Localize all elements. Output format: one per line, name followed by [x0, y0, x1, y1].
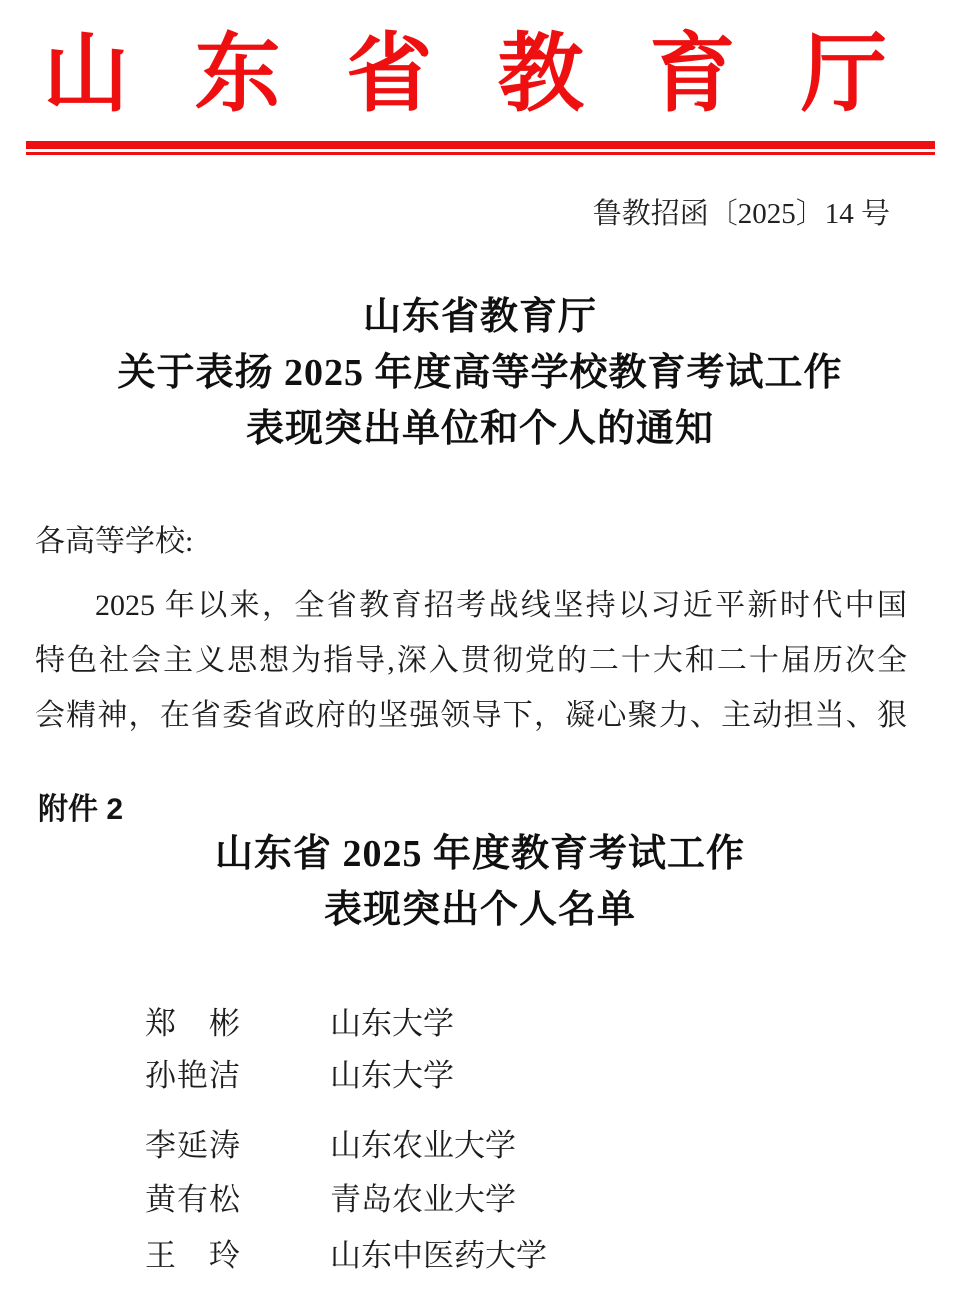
person-name: 郑彬	[145, 1007, 240, 1041]
body-paragraph-line1: 2025 年以来，全省教育招考战线坚持以习近平新时代中国	[35, 578, 907, 633]
roster-row: 孙艳洁 山东大学	[145, 1059, 547, 1093]
person-org: 山东大学	[330, 1007, 454, 1041]
attachment-title: 山东省 2025 年度教育考试工作 表现突出个人名单	[0, 826, 960, 938]
letterhead-title: 山东省教育厅	[43, 26, 887, 122]
notice-title-line3: 表现突出单位和个人的通知	[0, 401, 960, 457]
person-org: 山东中医药大学	[330, 1239, 547, 1273]
person-name: 王玲	[145, 1239, 240, 1273]
salutation: 各高等学校:	[35, 524, 193, 560]
person-name: 黄有松	[145, 1183, 240, 1217]
notice-title-line2: 关于表扬 2025 年度高等学校教育考试工作	[0, 345, 960, 401]
body-paragraph-line2: 特色社会主义思想为指导,深入贯彻党的二十大和二十届历次全	[35, 633, 907, 688]
roster-row: 郑彬 山东大学	[145, 1007, 547, 1041]
person-name: 李延涛	[145, 1129, 240, 1163]
person-org: 青岛农业大学	[330, 1183, 516, 1217]
roster: 郑彬 山东大学 孙艳洁 山东大学 李延涛 山东农业大学 黄有松 青岛农业大学 王…	[145, 1007, 547, 1273]
attachment-label: 附件 2	[38, 784, 123, 828]
roster-row: 黄有松 青岛农业大学	[145, 1183, 547, 1217]
body-paragraph-line3: 会精神，在省委省政府的坚强领导下，凝心聚力、主动担当、狠	[35, 688, 907, 743]
roster-row: 李延涛 山东农业大学	[145, 1129, 547, 1163]
letterhead-rule-thin	[26, 152, 935, 155]
person-org: 山东大学	[330, 1059, 454, 1093]
notice-title: 山东省教育厅 关于表扬 2025 年度高等学校教育考试工作 表现突出单位和个人的…	[0, 289, 960, 457]
document-number: 鲁教招函〔2025〕14 号	[0, 196, 890, 232]
person-name: 孙艳洁	[145, 1059, 240, 1093]
attachment-title-line2: 表现突出个人名单	[0, 882, 960, 938]
body-paragraph: 2025 年以来，全省教育招考战线坚持以习近平新时代中国 特色社会主义思想为指导…	[35, 578, 907, 743]
attachment-title-line1: 山东省 2025 年度教育考试工作	[0, 826, 960, 882]
person-org: 山东农业大学	[330, 1129, 516, 1163]
notice-title-line1: 山东省教育厅	[0, 289, 960, 345]
document-page: 山东省教育厅 鲁教招函〔2025〕14 号 山东省教育厅 关于表扬 2025 年…	[0, 0, 960, 1294]
roster-row: 王玲 山东中医药大学	[145, 1239, 547, 1273]
letterhead-rule-thick	[26, 141, 935, 149]
